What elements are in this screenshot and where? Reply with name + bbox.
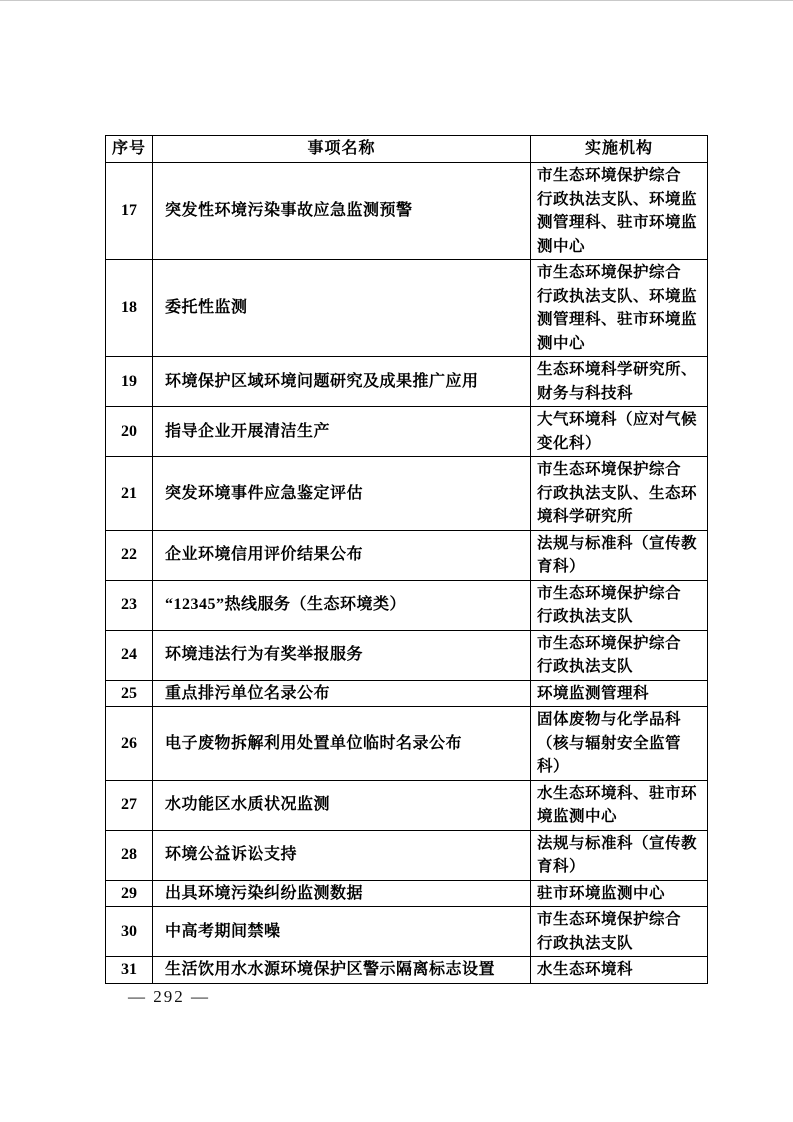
table-row: 17 突发性环境污染事故应急监测预警 市生态环境保护综合 行政执法支队、环境监 …: [106, 163, 708, 260]
row-serial: 31: [106, 957, 153, 984]
row-item-name: 重点排污单位名录公布: [153, 680, 531, 707]
row-item-name: 环境公益诉讼支持: [153, 830, 531, 880]
table-row: 25 重点排污单位名录公布 环境监测管理科: [106, 680, 708, 707]
row-item-name: 电子废物拆解利用处置单位临时名录公布: [153, 707, 531, 781]
table-row: 30 中高考期间禁噪 市生态环境保护综合 行政执法支队: [106, 907, 708, 957]
table-row: 18 委托性监测 市生态环境保护综合 行政执法支队、环境监 测管理科、驻市环境监…: [106, 260, 708, 357]
row-serial: 30: [106, 907, 153, 957]
table-row: 28 环境公益诉讼支持 法规与标准科（宣传教 育科）: [106, 830, 708, 880]
table-row: 26 电子废物拆解利用处置单位临时名录公布 固体废物与化学品科 （核与辐射安全监…: [106, 707, 708, 781]
header-item-name: 事项名称: [153, 136, 531, 163]
row-agency: 市生态环境保护综合 行政执法支队: [531, 630, 708, 680]
row-serial: 19: [106, 357, 153, 407]
header-implementing-agency: 实施机构: [531, 136, 708, 163]
row-agency: 市生态环境保护综合 行政执法支队: [531, 580, 708, 630]
row-agency: 市生态环境保护综合 行政执法支队、生态环 境科学研究所: [531, 457, 708, 531]
row-serial: 24: [106, 630, 153, 680]
row-agency: 环境监测管理科: [531, 680, 708, 707]
table-row: 29 出具环境污染纠纷监测数据 驻市环境监测中心: [106, 880, 708, 907]
service-items-table: 序号 事项名称 实施机构 17 突发性环境污染事故应急监测预警 市生态环境保护综…: [105, 135, 708, 984]
row-item-name: 环境保护区域环境问题研究及成果推广应用: [153, 357, 531, 407]
row-item-name: 生活饮用水水源环境保护区警示隔离标志设置: [153, 957, 531, 984]
table-row: 24 环境违法行为有奖举报服务 市生态环境保护综合 行政执法支队: [106, 630, 708, 680]
table-row: 27 水功能区水质状况监测 水生态环境科、驻市环 境监测中心: [106, 780, 708, 830]
row-agency: 生态环境科学研究所、 财务与科技科: [531, 357, 708, 407]
row-agency: 固体废物与化学品科 （核与辐射安全监管 科）: [531, 707, 708, 781]
table-row: 21 突发环境事件应急鉴定评估 市生态环境保护综合 行政执法支队、生态环 境科学…: [106, 457, 708, 531]
row-agency: 驻市环境监测中心: [531, 880, 708, 907]
row-item-name: 突发环境事件应急鉴定评估: [153, 457, 531, 531]
table-row: 20 指导企业开展清洁生产 大气环境科（应对气候 变化科）: [106, 407, 708, 457]
row-serial: 18: [106, 260, 153, 357]
row-agency: 法规与标准科（宣传教 育科）: [531, 830, 708, 880]
row-agency: 水生态环境科、驻市环 境监测中心: [531, 780, 708, 830]
row-item-name: 突发性环境污染事故应急监测预警: [153, 163, 531, 260]
row-agency: 水生态环境科: [531, 957, 708, 984]
row-agency: 市生态环境保护综合 行政执法支队、环境监 测管理科、驻市环境监 测中心: [531, 260, 708, 357]
document-page: 序号 事项名称 实施机构 17 突发性环境污染事故应急监测预警 市生态环境保护综…: [0, 0, 793, 1122]
table-header-row: 序号 事项名称 实施机构: [106, 136, 708, 163]
table-row: 22 企业环境信用评价结果公布 法规与标准科（宣传教 育科）: [106, 530, 708, 580]
row-agency: 市生态环境保护综合 行政执法支队: [531, 907, 708, 957]
row-item-name: 水功能区水质状况监测: [153, 780, 531, 830]
row-serial: 17: [106, 163, 153, 260]
row-item-name: 中高考期间禁噪: [153, 907, 531, 957]
table-row: 23 “12345”热线服务（生态环境类） 市生态环境保护综合 行政执法支队: [106, 580, 708, 630]
row-serial: 28: [106, 830, 153, 880]
row-agency: 市生态环境保护综合 行政执法支队、环境监 测管理科、驻市环境监 测中心: [531, 163, 708, 260]
row-item-name: 环境违法行为有奖举报服务: [153, 630, 531, 680]
row-serial: 27: [106, 780, 153, 830]
row-serial: 20: [106, 407, 153, 457]
header-serial-number: 序号: [106, 136, 153, 163]
table-row: 19 环境保护区域环境问题研究及成果推广应用 生态环境科学研究所、 财务与科技科: [106, 357, 708, 407]
row-serial: 26: [106, 707, 153, 781]
table-row: 31 生活饮用水水源环境保护区警示隔离标志设置 水生态环境科: [106, 957, 708, 984]
page-number: — 292 —: [128, 987, 210, 1007]
row-serial: 21: [106, 457, 153, 531]
row-serial: 22: [106, 530, 153, 580]
row-agency: 大气环境科（应对气候 变化科）: [531, 407, 708, 457]
row-item-name: 企业环境信用评价结果公布: [153, 530, 531, 580]
row-serial: 29: [106, 880, 153, 907]
row-agency: 法规与标准科（宣传教 育科）: [531, 530, 708, 580]
row-item-name: “12345”热线服务（生态环境类）: [153, 580, 531, 630]
row-serial: 25: [106, 680, 153, 707]
row-item-name: 委托性监测: [153, 260, 531, 357]
row-serial: 23: [106, 580, 153, 630]
row-item-name: 出具环境污染纠纷监测数据: [153, 880, 531, 907]
row-item-name: 指导企业开展清洁生产: [153, 407, 531, 457]
